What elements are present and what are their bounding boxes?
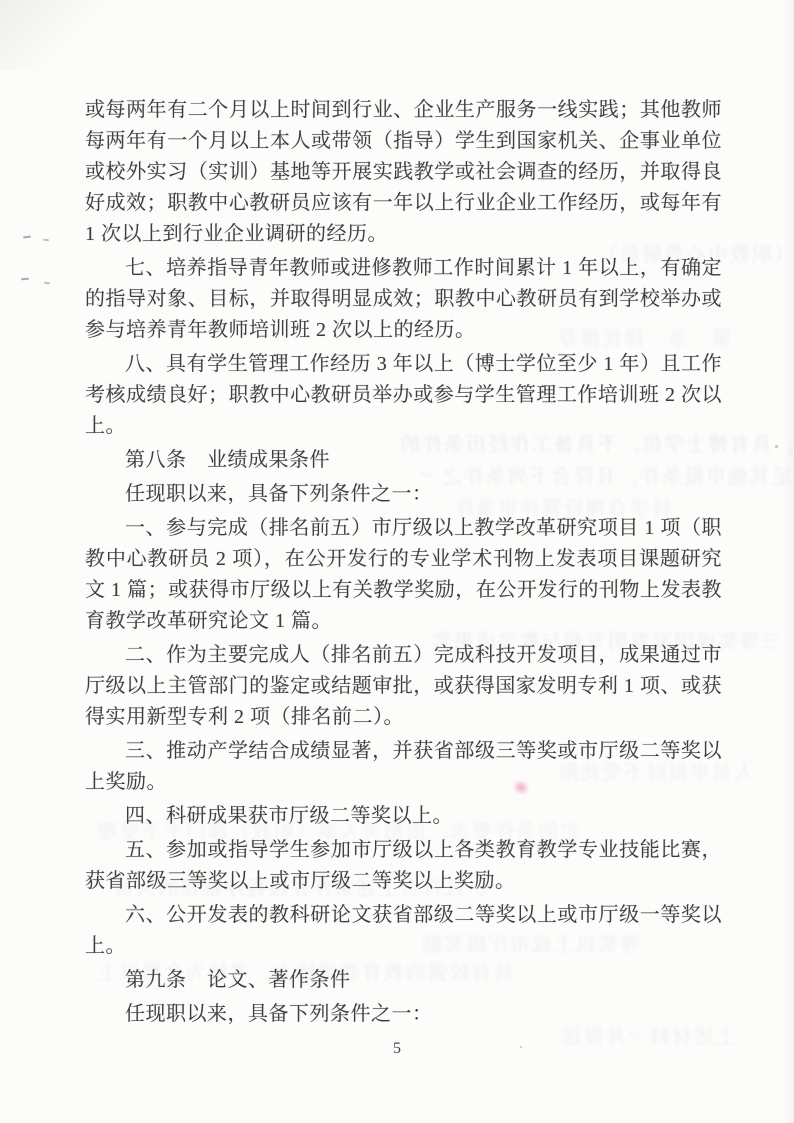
- document-line: 或校外实习（实训）基地等开展实践教学或社会调查的经历，并取得良: [85, 157, 722, 188]
- document-line: 上。: [85, 411, 722, 442]
- page-number: 5: [0, 1040, 794, 1058]
- document-line: 七、培养指导青年教师或进修教师工作时间累计 1 年以上，有确定: [85, 253, 722, 284]
- scan-speck: [520, 1046, 522, 1048]
- document-line: 二、作为主要完成人（排名前五）完成科技开发项目，成果通过市: [85, 640, 722, 671]
- scan-corner-shade: [0, 0, 110, 70]
- document-line: 教中心教研员 2 项），在公开发行的专业学术刊物上发表项目课题研究论: [85, 544, 722, 575]
- document-line: 考核成绩良好；职教中心教研员举办或参与学生管理工作培训班 2 次以: [85, 380, 722, 411]
- document-line: 1 次以上到行业企业调研的经历。: [85, 219, 722, 250]
- document-line: 八、具有学生管理工作经历 3 年以上（博士学位至少 1 年）且工作: [85, 349, 722, 380]
- document-text-block: 或每两年有二个月以上时间到行业、企业生产服务一线实践；其他教师 每两年有一个月以…: [85, 95, 722, 1030]
- pencil-dash-mark: [23, 235, 31, 238]
- document-line: 五、参加或指导学生参加市厅级以上各类教育教学专业技能比赛，: [85, 835, 722, 866]
- document-line: 三、推动产学结合成绩显著，并获省部级三等奖或市厅级二等奖以: [85, 736, 722, 767]
- document-line: 得实用新型专利 2 项（排名前二）。: [85, 702, 722, 733]
- document-line: 厅级以上主管部门的鉴定或结题审批，或获得国家发明专利 1 项、或获: [85, 671, 722, 702]
- document-line: 四、科研成果获市厅级二等奖以上。: [85, 801, 722, 832]
- scanned-document-page: （职教中心教研员） 第 条 择优推荐 申报人员，具有博士学位，不具备工作经历条件…: [0, 0, 794, 1123]
- document-line: 上奖励。: [85, 767, 722, 798]
- document-line: 六、公开发表的教科研论文获省部级二等奖以上或市厅级一等奖以: [85, 900, 722, 931]
- scan-speck: [263, 207, 266, 210]
- document-line: 育教学改革研究论文 1 篇。: [85, 606, 722, 637]
- document-section-heading: 第九条 论文、著作条件: [85, 965, 722, 996]
- pencil-dash-mark: [21, 278, 29, 281]
- scan-speck: [775, 445, 778, 448]
- document-line: 一、参与完成（排名前五）市厅级以上教学改革研究项目 1 项（职: [85, 513, 722, 544]
- document-line: 每两年有一个月以上本人或带领（指导）学生到国家机关、企事业单位: [85, 126, 722, 157]
- document-line: 任现职以来，具备下列条件之一：: [85, 479, 722, 510]
- document-line: 任现职以来，具备下列条件之一：: [85, 999, 722, 1030]
- document-line: 文 1 篇；或获得市厅级以上有关教学奖励，在公开发行的刊物上发表教: [85, 575, 722, 606]
- document-line: 上。: [85, 931, 722, 962]
- document-line: 或每两年有二个月以上时间到行业、企业生产服务一线实践；其他教师: [85, 95, 722, 126]
- document-line: 好成效；职教中心教研员应该有一年以上行业企业工作经历，或每年有: [85, 188, 722, 219]
- document-line: 的指导对象、目标，并取得明显成效；职教中心教研员有到学校举办或: [85, 284, 722, 315]
- document-section-heading: 第八条 业绩成果条件: [85, 445, 722, 476]
- pencil-dash-mark: [43, 239, 49, 241]
- document-line: 获省部级三等奖以上或市厅级二等奖以上奖励。: [85, 866, 722, 897]
- document-line: 参与培养青年教师培训班 2 次以上的经历。: [85, 315, 722, 346]
- scan-edge-shade: [784, 0, 794, 1123]
- pencil-dash-mark: [44, 282, 50, 285]
